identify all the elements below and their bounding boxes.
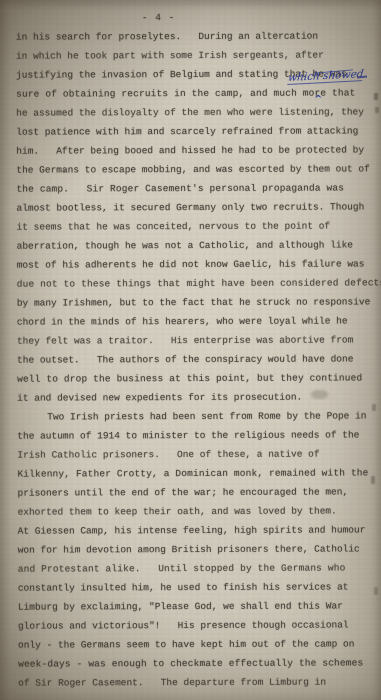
text-line: Limburg by exclaiming, "Please God, we s… xyxy=(18,596,380,616)
text-line: they felt was a traitor. His enterprise … xyxy=(17,330,379,350)
text-line: by many Irishmen, but to the fact that h… xyxy=(17,292,379,312)
text-line: constantly insulted him, he used to fini… xyxy=(18,577,380,597)
text-line: due not to these things that might have … xyxy=(17,273,379,293)
text-line: glorious and victorious"! His presence t… xyxy=(18,615,380,635)
text-line: sure of obtaining recruits in the camp, … xyxy=(16,83,378,103)
text-line: the Germans to escape mobbing, and was e… xyxy=(16,159,378,179)
text-line-paragraph-start: Two Irish priests had been sent from Rom… xyxy=(17,406,379,426)
text-line: lost patience with him and scarcely refr… xyxy=(16,121,378,141)
text-line: Irish Catholic prisoners. One of these, … xyxy=(17,444,379,464)
document-page: - 4 - in his search for proselytes. Duri… xyxy=(0,0,381,700)
text-line: exhorted them to keep their oath, and wa… xyxy=(18,501,380,521)
text-line: it seems that he was conceited, nervous … xyxy=(17,216,379,236)
text-line: and Protestant alike. Until stopped by t… xyxy=(18,558,380,578)
text-line: he assumed the disloyalty of the men who… xyxy=(16,102,378,122)
text-line: the camp. Sir Roger Casement's personal … xyxy=(16,178,378,198)
ink-smudge xyxy=(311,390,328,399)
text-line: of Sir Roger Casement. The departure fro… xyxy=(18,672,380,692)
typed-text-block: - 4 - in his search for proselytes. Duri… xyxy=(16,8,380,692)
text-line: only - the Germans seem to have kept him… xyxy=(18,634,380,654)
text-line: won for him devotion among British priso… xyxy=(18,539,380,559)
text-line: Kilkenny, Father Crotty, a Dominican mon… xyxy=(17,463,379,483)
text-line: well to drop the business at this point,… xyxy=(17,368,379,388)
page-edge-mark xyxy=(372,404,376,411)
text-line: him. After being booed and hissed he had… xyxy=(16,140,378,160)
page-number: - 4 - xyxy=(142,8,378,27)
text-line: prisoners until the end of the war; he e… xyxy=(17,482,379,502)
page-edge-mark xyxy=(375,107,379,113)
page-edge-mark xyxy=(374,93,378,100)
text-line: chord in the minds of his hearers, who w… xyxy=(17,311,379,331)
text-line: almost bootless, it secured Germany only… xyxy=(16,197,378,217)
text-line: At Giessen Camp, his intense feeling, hi… xyxy=(18,520,380,540)
page-edge-mark xyxy=(374,587,378,595)
text-line: week-days - was enough to checkmate effe… xyxy=(18,653,380,673)
text-line: in his search for proselytes. During an … xyxy=(16,26,378,46)
text-line: the autumn of 1914 to minister to the re… xyxy=(17,425,379,445)
page-edge-mark xyxy=(371,476,375,484)
text-line: in which he took part with some Irish se… xyxy=(16,45,378,65)
typed-correction-mark: ' xyxy=(62,169,67,179)
insertion-caret-mark: ^ xyxy=(314,95,322,105)
text-line: the outset. The authors of the conspirac… xyxy=(17,349,379,369)
text-line: aberration, though he was not a Catholic… xyxy=(17,235,379,255)
text-line: most of his adherents he did not know Ga… xyxy=(17,254,379,274)
